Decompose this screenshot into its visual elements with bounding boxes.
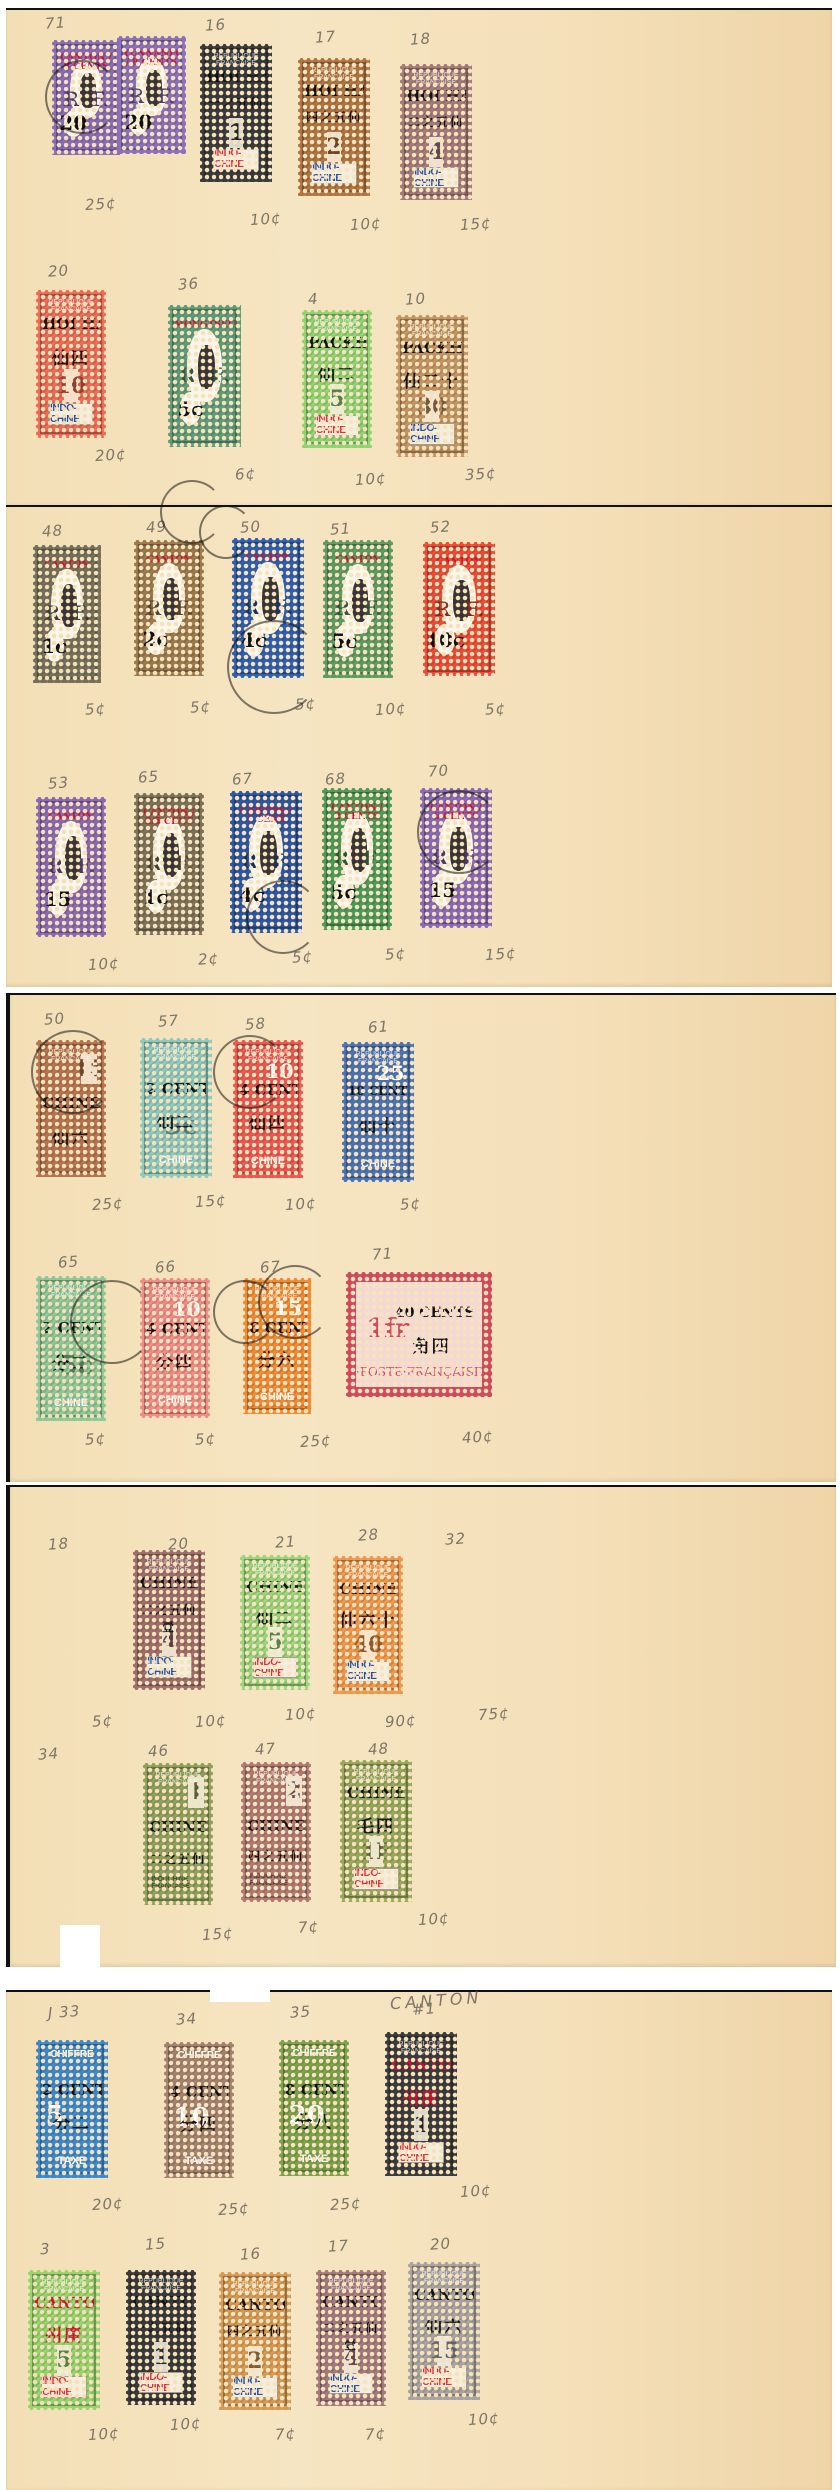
price-note: 90¢ (384, 1711, 417, 1731)
stamp-header: REPUBLIQUE FRANÇAISE (225, 2281, 285, 2295)
catalog-number: 68 (324, 769, 346, 788)
postmark-icon (45, 60, 119, 134)
stamp: REPUBLIQUE FRANÇAISE1HOI HAO一之五仙INDO-CHI… (200, 44, 272, 182)
catalog-number: 20 (167, 1534, 189, 1553)
denomination: 15 (432, 873, 452, 906)
rf-letter: R (128, 84, 145, 108)
overprint: CANTON (414, 2286, 474, 2304)
catalog-number: 4 (307, 290, 319, 309)
stamp: REPUBLIQUE FRANÇAISE4CHINE二之五仙壹INDO-CHIN… (133, 1550, 205, 1690)
stamp: RF.15CANTON (36, 797, 106, 937)
catalog-number: 50 (43, 1009, 65, 1028)
price-note: 10¢ (459, 2181, 492, 2201)
chinese-overprint: 分二 (42, 2109, 102, 2134)
overprint: CANTON (391, 2056, 451, 2074)
price-note: 10¢ (87, 954, 120, 974)
price-note: 25¢ (91, 1194, 124, 1214)
price-note: 10¢ (284, 1704, 317, 1724)
denomination: 5 (268, 1627, 282, 1657)
stamp-tablet: CHINE (357, 1157, 399, 1172)
overprint: CHINE (339, 1580, 397, 1598)
overprint: CANTON (42, 813, 100, 822)
price-note: 75¢ (477, 1704, 510, 1724)
overprint: HOI HAO (304, 82, 364, 100)
stamp-header: REPUBLIQUE FRANÇAISE (406, 72, 466, 86)
overprint: CANTON (39, 561, 95, 570)
price-note: 2¢ (197, 949, 219, 968)
catalog-number: 15 (144, 2234, 166, 2253)
denomination: 5 (57, 2345, 71, 2376)
stamp-header: REPUBLIQUE FRANÇAISE (308, 319, 366, 333)
stamp: CHIFFRE208 CENTS分八TAXE (279, 2040, 349, 2176)
stamp-tablet: CHINE (155, 1153, 197, 1168)
catalog-number: 16 (204, 15, 226, 34)
postmark-icon (258, 1265, 332, 1339)
stamp-tablet: INDO-CHINE (398, 2142, 444, 2164)
price-note: 15¢ (459, 214, 492, 234)
rf-letter: F. (465, 597, 484, 621)
postmark-icon (213, 1035, 287, 1109)
stamp: RF.10cCANTON (423, 542, 495, 676)
chinese-overprint: 仙二十 (402, 367, 462, 392)
stamp-tablet: INDO-CHINE (329, 2373, 373, 2394)
overprint: CANTON (132, 2293, 190, 2311)
denomination: 4 (429, 137, 443, 167)
price-note: 40¢ (461, 1427, 494, 1447)
chinese-overprint: 州廣 (391, 2084, 451, 2109)
stamp-tablet: INDO-CHINE (139, 2372, 183, 2392)
stamp-header: REPUBLIQUE FRANÇAISE (132, 2278, 190, 2292)
catalog-number: 28 (357, 1525, 379, 1544)
overprint: 8 CENTS (285, 2081, 343, 2099)
catalog-number: 48 (367, 1739, 389, 1758)
rf-letter: R (334, 596, 351, 620)
price-note: 15¢ (201, 1924, 234, 1944)
stamp-header: REPUBLIQUE FRANÇAISE (304, 67, 364, 81)
catalog-number: 32 (444, 1529, 466, 1548)
chinese-overprint: 仙四 (239, 1109, 297, 1134)
catalog-number: 17 (327, 2236, 349, 2255)
price-note: 7¢ (364, 2424, 386, 2443)
price-note: 35¢ (464, 464, 497, 484)
overprint: CANTON / 1 CENT (236, 807, 296, 825)
denomination: 5c (180, 392, 201, 426)
price-note: 10¢ (169, 2414, 202, 2434)
chinese-overprint: 毛四 (346, 1812, 406, 1837)
chinese-overprint: 仙六十 (339, 1606, 397, 1631)
postmark-icon (199, 505, 253, 559)
price-note: 25¢ (84, 194, 117, 214)
overprint: CHINE (149, 1818, 207, 1836)
stamp: RF.1cCANTON (33, 545, 101, 683)
catalog-number: 3 (39, 2240, 51, 2259)
stamp-header: REPUBLIQUE FRANÇAISE (246, 1563, 304, 1577)
catalog-number: 67 (231, 769, 253, 788)
rf-letter: R (241, 849, 258, 873)
stamp-header: CHIFFRE (285, 2048, 343, 2059)
overprint: CANTON / 2 CENTS (328, 804, 386, 822)
denomination: 10 (173, 1297, 201, 1321)
catalog-number: 57 (157, 1011, 179, 1030)
stamp: REPUBLIQUE FRANÇAISE2510 CENTS仙十CHINE (342, 1042, 414, 1182)
stamp-tablet: INDO-CHINE (409, 423, 455, 445)
overprint: CANTON (322, 2293, 380, 2311)
stamp: REPUBLIQUE FRANÇAISE2CHINE四之五仙INDOCHINE … (241, 1762, 311, 1902)
price-note: 10¢ (374, 699, 407, 719)
price-note: 25¢ (299, 1431, 332, 1451)
stamp-header: REPUBLIQUE FRANÇAISE (414, 2271, 474, 2285)
denomination: 30 (425, 391, 439, 422)
catalog-number: 46 (147, 1741, 169, 1760)
denomination: 2 (286, 1776, 301, 1807)
price-note: 5¢ (189, 697, 211, 716)
price-note: 15¢ (194, 1191, 227, 1211)
denomination: 5c (334, 875, 354, 909)
overprint: CANTON (238, 554, 298, 563)
catalog-number: 61 (367, 1017, 389, 1036)
stamp: RF.1cCANTON / 2/5 CENT (134, 793, 204, 935)
rf-letter: F. (211, 363, 230, 387)
stamp-header: CHIFFRE (170, 2050, 228, 2061)
rf-letter: R (333, 846, 350, 870)
denomination: 1F (369, 1836, 383, 1867)
overprint: 4 CENTS (146, 1320, 204, 1338)
stamp: 1fr40 CENTS角四·POSTE·FRANÇAISE· (346, 1272, 492, 1397)
chinese-overprint: 四之五仙 (247, 1847, 305, 1864)
stamp: REPUBLIQUE FRANÇAISE2CANTON四之五仙INDO-CHIN… (219, 2272, 291, 2410)
rf-letter: R (179, 363, 196, 387)
rf-letter: F. (156, 84, 175, 108)
denomination: 2 (327, 132, 341, 162)
overprint: CHINE (247, 1817, 305, 1835)
catalog-number: 48 (41, 521, 63, 540)
price-note: 5¢ (484, 699, 506, 718)
price-note: 10¢ (354, 469, 387, 489)
chinese-overprint: 一之五仙 (206, 94, 266, 111)
stamp: REPUBLIQUE FRANÇAISE1FCHINE毛四INDO-CHINE (340, 1760, 412, 1902)
album-page-2 (6, 505, 832, 987)
overprint: HOI HAO (42, 315, 100, 333)
stamp-header: REPUBLIQUE FRANÇAISE (34, 2279, 94, 2293)
denomination: 1c (45, 629, 64, 662)
overprint: CANTON / 2/5 CENT (140, 809, 198, 827)
overprint: 2 CENTS (146, 1080, 206, 1098)
stamp-tablet: INDOCHINE FRANCAISE (249, 1870, 302, 1889)
catalog-number: 34 (175, 2009, 197, 2028)
overprint: 4 CENTS (170, 2083, 228, 2101)
price-note: 5¢ (91, 1711, 113, 1730)
catalog-number: 71 (371, 1244, 393, 1263)
overprint: CANTON (140, 556, 198, 565)
torn-paper (210, 1990, 270, 2002)
stamp-tablet: INDO-CHINE (146, 1656, 192, 1677)
denomination: 10 (64, 369, 78, 402)
price-note: 5¢ (84, 1429, 106, 1448)
album-page-3 (6, 993, 836, 1482)
catalog-number: 16 (239, 2244, 261, 2263)
chinese-overprint: 分四 (146, 1348, 204, 1373)
catalog-number: 34 (37, 1744, 59, 1763)
denomination: 1 (414, 2109, 428, 2141)
catalog-number: 53 (47, 773, 69, 792)
chinese-overprint: 二之五仙 (406, 113, 466, 130)
chinese-overprint: 分六 (249, 1346, 305, 1371)
stamp: REPUBLIQUE FRANÇAISE1CANTON一之五仙INDO-CHIN… (126, 2270, 196, 2405)
stamp-header: REPUBLIQUE FRANÇAISE (146, 1047, 206, 1061)
stamp-tablet: INDO-CHINE (253, 1657, 297, 1677)
chinese-overprint: 分八 (285, 2108, 343, 2133)
price-note: 5¢ (384, 944, 406, 963)
denomination: 25 (377, 1061, 405, 1085)
catalog-number: 47 (254, 1739, 276, 1758)
rf-letter: F. (71, 601, 90, 625)
postmark-icon (31, 1030, 115, 1114)
rf-letter: F. (174, 596, 193, 620)
stamp: REPUBLIQUE FRANÇAISE15CANTON仙六INDO-CHINE (408, 2262, 480, 2400)
stamp: REPUBLIQUE FRANÇAISE5CHINE仙二INDO-CHINE (240, 1555, 310, 1690)
rf-letter: F. (363, 596, 382, 620)
rf-letter: F. (362, 846, 381, 870)
overprint: MONGTSEU (174, 321, 235, 330)
chinese-overprint: 仙六 (42, 1124, 100, 1149)
stamp-tablet: TAXE (51, 2153, 93, 2168)
stamp-tablet: INDO-CHINE (346, 1661, 390, 1682)
stamp: CHIFFRE104 CENTS分四TAXE (164, 2042, 234, 2178)
catalog-number: 20 (47, 261, 69, 280)
denomination: 1 (188, 1777, 203, 1808)
rf-letter: F. (274, 595, 293, 619)
catalog-number: J 33 (47, 2002, 80, 2022)
chinese-overprint: 仙二 (246, 1604, 304, 1629)
overprint: YUNNANFOU / 8 CENTS (123, 50, 180, 68)
chinese-overprint: 角四 (381, 1332, 482, 1357)
chinese-overprint: 仙二 (146, 1108, 206, 1133)
denomination: 20 (129, 108, 148, 136)
catalog-number: 18 (409, 29, 431, 48)
stamp: RF.5cCANTON (323, 540, 393, 678)
chinese-overprint: 四之五仙 (304, 108, 364, 125)
overprint: CHINE (139, 1574, 199, 1592)
catalog-number: 66 (154, 1257, 176, 1276)
overprint: HOI HAO (406, 87, 466, 105)
stamp-tablet: CHINE (248, 1153, 289, 1168)
stamp: REPUBLIQUE FRANÇAISE10HOI HAO仙四INDO-CHIN… (36, 290, 106, 438)
chinese-overprint: 仙二 (308, 360, 366, 385)
catalog-number: #1 (411, 1999, 436, 2019)
price-note: 7¢ (297, 1917, 319, 1936)
catalog-number: 65 (137, 767, 159, 786)
denomination: 2 (248, 2346, 262, 2376)
stamp-tablet: INDO-CHINE (213, 149, 259, 170)
catalog-number: 58 (244, 1014, 266, 1033)
catalog-number: 51 (329, 519, 351, 538)
stamp: REPUBLIQUE FRANÇAISE104 CENTS分四CHINE (140, 1278, 210, 1418)
chinese-overprint: 二之五仙壹 (139, 1601, 199, 1635)
chinese-overprint: 一之五仙 (132, 2319, 190, 2336)
price-note: 5¢ (194, 1429, 216, 1448)
stamp-tablet: TAXE (179, 2153, 220, 2168)
chinese-overprint: 州廣 (34, 2321, 94, 2346)
stamp-tablet: INDOCHINE FRANCAISE (151, 1873, 204, 1893)
stamp: RF.20YUNNANFOU / 8 CENTS (117, 36, 186, 154)
stamp-header: REPUBLIQUE FRANÇAISE (42, 299, 100, 313)
price-note: 10¢ (194, 1711, 227, 1731)
stamp-tablet: CHINE (257, 1389, 296, 1404)
denomination: 15 (437, 2336, 451, 2366)
denomination: 2c (146, 623, 166, 655)
catalog-number: 17 (314, 27, 336, 46)
rf-letter: F. (76, 854, 95, 878)
stamp-tablet: INDO-CHINE (49, 403, 93, 425)
postmark-icon (70, 1280, 154, 1364)
stamp: CHIFFRE52 CENTS分二TAXE (36, 2040, 108, 2178)
rf-letter: R (145, 596, 162, 620)
overprint: 40 CENTS (388, 1305, 483, 1321)
stamp-header: REPUBLIQUE FRANÇAISE (206, 53, 266, 67)
overprint: CANTON (34, 2294, 94, 2312)
stamp: REPUBLIQUE FRANÇAISE5c2 CENTS仙二CHINE (140, 1038, 212, 1178)
price-note: 10¢ (249, 209, 282, 229)
catalog-number: 20 (429, 2234, 451, 2253)
stamp: REPUBLIQUE FRANÇAISE30PACKHOI仙二十INDO-CHI… (396, 315, 468, 457)
chinese-overprint: 二之五仙 (149, 1850, 207, 1867)
overprint: 10 CENTS (348, 1084, 408, 1098)
price-note: 10¢ (284, 1194, 317, 1214)
denomination: 1c (146, 880, 166, 914)
stamp-tablet: INDO-CHINE (232, 2377, 278, 2398)
stamp-tablet: INDO-CHINE (353, 1868, 399, 1890)
stamp: REPUBLIQUE FRANÇAISE1CANTON州廣INDO-CHINE (385, 2032, 457, 2176)
stamp-tablet: INDO-CHINE (315, 415, 359, 436)
price-note: 10¢ (467, 2409, 500, 2429)
price-note: 5¢ (399, 1194, 421, 1213)
denomination: 1 (154, 2342, 168, 2372)
stamp-tablet: CHINE (51, 1395, 92, 1411)
stamp-tablet: CHINE (155, 1393, 196, 1408)
denomination: 40 (361, 1630, 375, 1660)
price-note: 7¢ (274, 2424, 296, 2443)
stamp-header: REPUBLIQUE FRANÇAISE (322, 2278, 380, 2292)
stamp: RF.5cMONGTSEU (168, 305, 241, 447)
stamp-header: REPUBLIQUE FRANÇAISE (346, 1769, 406, 1783)
stamp: REPUBLIQUE FRANÇAISE40CHINE仙六十INDO-CHINE (333, 1556, 403, 1694)
price-note: 20¢ (94, 445, 127, 465)
torn-paper (60, 1925, 100, 1970)
overprint: CANTON (429, 558, 489, 567)
chinese-overprint: 仙十 (348, 1112, 408, 1137)
price-note: 10¢ (349, 214, 382, 234)
price-note: 25¢ (329, 2194, 362, 2214)
overprint: CHINE (346, 1784, 406, 1802)
album-page-4 (6, 1485, 836, 1967)
overprint: 2 CENTS (42, 2081, 102, 2099)
catalog-number: 36 (177, 274, 199, 293)
overprint: CANTON (225, 2296, 285, 2314)
price-note: 25¢ (217, 2199, 250, 2219)
denomination: 1 (229, 118, 243, 148)
rf-letter: R (434, 597, 451, 621)
catalog-number: 52 (429, 517, 451, 536)
rf-letter: R (43, 601, 60, 625)
catalog-number: 21 (274, 1532, 296, 1551)
price-note: 15¢ (484, 944, 517, 964)
catalog-number: 35 (289, 2002, 311, 2021)
stamp: REPUBLIQUE FRANÇAISE5CANTON州廣INDO-CHINE (28, 2270, 100, 2410)
price-note: 10¢ (417, 1909, 450, 1929)
stamp: REPUBLIQUE FRANÇAISE4CANTON二之五仙壹INDO-CHI… (316, 2270, 386, 2406)
stamp: REPUBLIQUE FRANÇAISE5PACKHOI仙二INDO-CHINE (302, 310, 372, 448)
postmark-icon (246, 880, 320, 954)
denomination: 15 (48, 882, 68, 915)
stamp-tablet: INDO-CHINE (41, 2376, 87, 2397)
overprint: CHINE (246, 1578, 304, 1596)
chinese-overprint: 仙四 (42, 344, 100, 369)
rf-letter: R (47, 854, 64, 878)
price-note: 10¢ (87, 2424, 120, 2444)
stamp-header: REPUBLIQUE FRANÇAISE (139, 1559, 199, 1573)
chinese-overprint: 仙六 (414, 2312, 474, 2337)
overprint: PACKHOI (402, 339, 462, 357)
stamp: RF.5cCANTON / 2 CENTS (322, 788, 392, 930)
postmark-icon (227, 620, 321, 714)
overprint: CANTON (329, 556, 387, 565)
postmark-icon (417, 790, 501, 874)
rf-letter: R (243, 595, 260, 619)
catalog-number: 70 (427, 761, 449, 780)
stamp-header: REPUBLIQUE FRANÇAISE (339, 1565, 397, 1579)
chinese-overprint: 分四 (170, 2110, 228, 2135)
stamp: RF.2cCANTON (134, 540, 204, 676)
rf-letter: F. (272, 849, 291, 873)
denomination: 5 (330, 384, 344, 414)
stamp-tablet: INDO-CHINE (413, 167, 459, 188)
stamp: REPUBLIQUE FRANÇAISE2HOI HAO四之五仙INDO-CHI… (298, 58, 370, 196)
chinese-overprint: 二之五仙壹 (322, 2319, 380, 2353)
denomination: 5c (335, 624, 355, 657)
catalog-number: 10 (404, 289, 426, 308)
overprint: PACKHOI (308, 334, 366, 352)
stamp-header: CHIFFRE (42, 2049, 102, 2060)
stamp-tablet: INDO-CHINE (421, 2367, 467, 2388)
price-note: 20¢ (91, 2194, 124, 2214)
price-note: 6¢ (234, 464, 256, 483)
stamp: REPUBLIQUE FRANÇAISE1CHINE二之五仙INDOCHINE … (143, 1763, 213, 1905)
rf-letter: F. (174, 851, 193, 875)
catalog-number: 65 (57, 1252, 79, 1271)
chinese-overprint: 四之五仙 (225, 2322, 285, 2339)
rf-letter: R (145, 851, 162, 875)
price-note: 5¢ (84, 699, 106, 718)
stamp: REPUBLIQUE FRANÇAISE4HOI HAO二之五仙INDO-CHI… (400, 64, 472, 200)
stamp-tablet: INDO-CHINE (311, 163, 357, 184)
catalog-number: 18 (47, 1534, 69, 1553)
catalog-number: 71 (44, 13, 66, 32)
stamp-legend: ·POSTE·FRANÇAISE· (356, 1365, 482, 1379)
overprint: HOI HAO (206, 68, 266, 86)
stamp-header: REPUBLIQUE FRANÇAISE (402, 324, 462, 338)
stamp-tablet: TAXE (294, 2151, 335, 2166)
denomination: 10c (435, 624, 455, 656)
stamp-header: REPUBLIQUE FRANÇAISE (391, 2041, 451, 2055)
